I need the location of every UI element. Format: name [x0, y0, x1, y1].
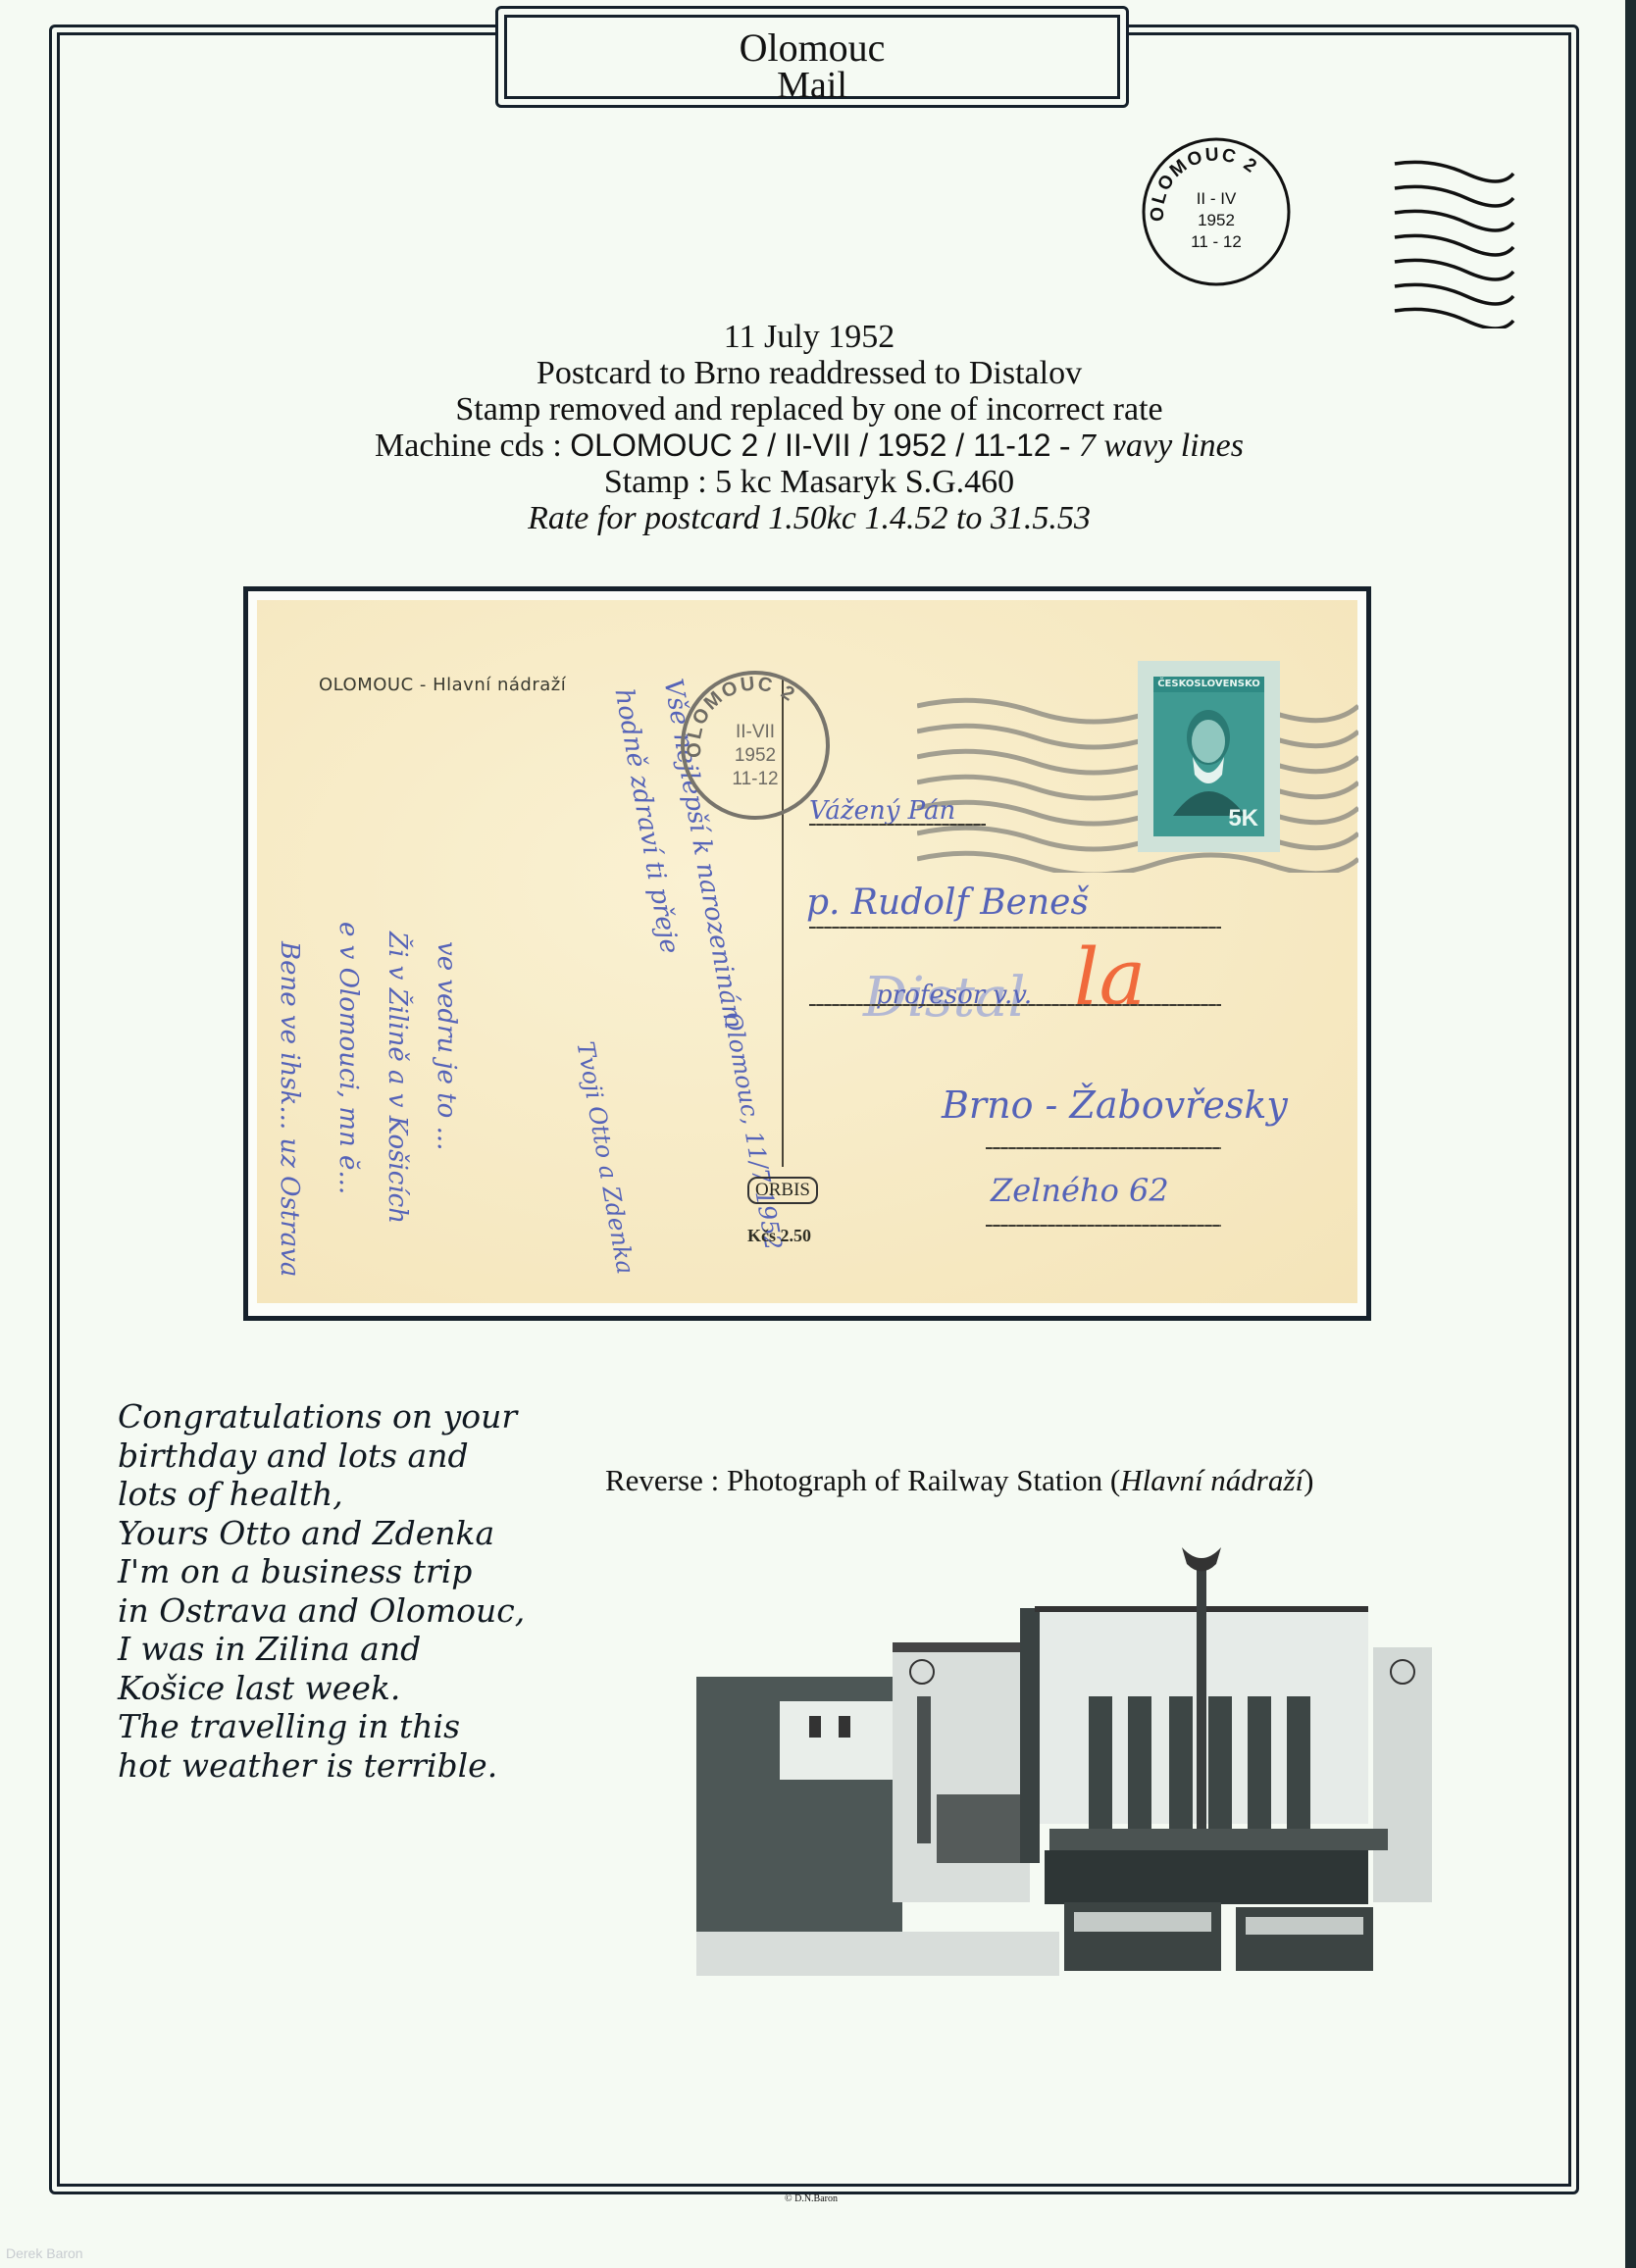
title-box: Olomouc Mail	[495, 6, 1129, 108]
description-line: Postcard to Brno readdressed to Distalov	[177, 355, 1442, 391]
watermark: Derek Baron	[6, 2245, 83, 2261]
stamp-country: ČESKOSLOVENSKO	[1153, 677, 1264, 692]
description-block: 11 July 1952 Postcard to Brno readdresse…	[177, 319, 1442, 536]
address-name: p. Rudolf Beneš	[806, 882, 1089, 923]
description-line: Stamp removed and replaced by one of inc…	[177, 391, 1442, 428]
scan-edge	[1625, 0, 1636, 2268]
handwritten-message: e v Olomouci, mn ĕ...	[333, 922, 363, 1194]
postmark-illustration: OLOMOUC 2 II - IV 1952 11 - 12	[1140, 135, 1293, 288]
message-translation: Congratulations on your birthday and lot…	[118, 1397, 525, 1785]
address-salutation: Vážený Pán	[809, 796, 955, 826]
publisher-logo: ORBIS	[747, 1177, 818, 1204]
stamp-value: 5K	[1228, 805, 1258, 832]
railway-station-photo	[687, 1530, 1432, 1981]
address-city: Brno - Žabovřesky	[942, 1084, 1288, 1127]
svg-text:1952: 1952	[735, 745, 776, 766]
address-line	[809, 1004, 1221, 1006]
address-line	[986, 1147, 1221, 1149]
postcard-printed-title: OLOMOUC - Hlavní nádraží	[319, 675, 566, 695]
postage-stamp: ČESKOSLOVENSKO 5K	[1138, 661, 1280, 852]
svg-text:11-12: 11-12	[732, 769, 778, 789]
wavy-lines-illustration	[1393, 152, 1515, 328]
reverse-caption: Reverse : Photograph of Railway Station …	[605, 1463, 1313, 1498]
address-line	[809, 824, 986, 826]
page-subtitle: Mail	[507, 67, 1117, 104]
address-street: Zelného 62	[991, 1172, 1169, 1209]
redirect-annotation: la	[1074, 932, 1146, 1023]
svg-text:1952: 1952	[1198, 211, 1235, 229]
masaryk-portrait	[1163, 698, 1254, 816]
svg-text:II-VII: II-VII	[736, 722, 775, 742]
handwritten-message: Bene ve ihsk... uz Ostrava	[275, 941, 304, 1277]
handwritten-message: Ži v Žilině a v Košicích	[383, 932, 412, 1224]
handwritten-message: ve vedru je to ...	[432, 941, 461, 1150]
page-title: Olomouc	[507, 29, 1117, 67]
description-stamp: Stamp : 5 kc Masaryk S.G.460	[177, 464, 1442, 500]
postcard-price: Kčs 2.50	[747, 1226, 811, 1246]
description-date: 11 July 1952	[177, 319, 1442, 355]
description-cds: Machine cds : OLOMOUC 2 / II-VII / 1952 …	[177, 428, 1442, 464]
address-line	[986, 1225, 1221, 1227]
svg-text:11 - 12: 11 - 12	[1191, 232, 1242, 251]
svg-text:II - IV: II - IV	[1197, 189, 1237, 208]
copyright: © D.N.Baron	[785, 2193, 838, 2204]
description-rate: Rate for postcard 1.50kc 1.4.52 to 31.5.…	[177, 500, 1442, 536]
address-line	[809, 927, 1221, 929]
